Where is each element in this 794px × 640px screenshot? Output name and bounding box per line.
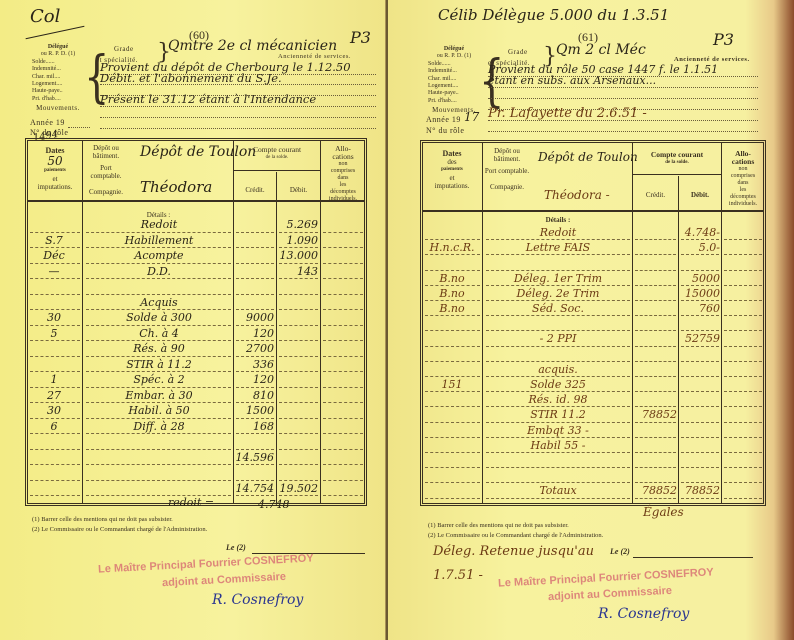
- row-debit: 5000: [679, 272, 720, 285]
- row-detail: Déleg. 1er Trim: [486, 272, 630, 285]
- row-debit: 13.000: [277, 249, 318, 262]
- row-detail: Habillement: [86, 234, 232, 247]
- row-credit: 120: [234, 373, 274, 386]
- depot-value: Dépôt de Toulon: [538, 150, 638, 164]
- annee-label: Année 19: [30, 118, 65, 127]
- debit-header: Débit.: [679, 191, 721, 199]
- grade-value: Qmtre 2e cl mécanicien: [168, 38, 337, 54]
- page-ref: P3: [350, 28, 371, 47]
- allocations-header: Allo- cations non comprises dans les déc…: [722, 150, 764, 208]
- row-credit: 336: [234, 358, 274, 371]
- top-note: Col: [30, 6, 60, 27]
- top-note: Célib Délègue 5.000 du 1.3.51: [438, 6, 669, 24]
- row-credit: 78852: [633, 408, 677, 421]
- row-debit: 1.090: [277, 234, 318, 247]
- row-debit: 15000: [679, 287, 720, 300]
- row-detail: Acquis: [86, 296, 232, 309]
- row-debit: 5.0-: [679, 241, 720, 254]
- le-label: Le (2): [226, 543, 246, 552]
- row-debit: 5.269: [277, 218, 318, 231]
- row-detail: Lettre FAIS: [486, 241, 630, 254]
- underline: [26, 26, 85, 39]
- annee-value: 17: [464, 110, 479, 124]
- footnote-2: (2) Le Commissaire ou le Commandant char…: [32, 526, 207, 533]
- row-detail: Spéc. à 2: [86, 373, 232, 386]
- le-label: Le (2): [610, 547, 630, 556]
- stamp-line-1: Le Maître Principal Fourrier COSNEFROY: [498, 566, 714, 589]
- sidebar-labels: Délégué ou R. P. D. (1) Solde...... Inde…: [428, 46, 480, 115]
- row-detail: STIR à 11.2: [86, 358, 232, 371]
- stamp-line-2: adjoint au Commissaire: [548, 585, 673, 603]
- dates-header: Dates des paiements et imputations.: [423, 150, 481, 190]
- row-date: S.7: [28, 234, 80, 247]
- right-page: Célib Délègue 5.000 du 1.3.51 (61) P3 Dé…: [388, 0, 794, 640]
- row-detail: Diff. à 28: [86, 420, 232, 433]
- page-ref: P3: [713, 30, 734, 49]
- grade-value: Qm 2 cl Méc: [556, 42, 646, 58]
- mouvement-line-2: étant en subs. aux Arsenaux...: [488, 74, 656, 87]
- row-detail: Redoit: [486, 226, 630, 239]
- row-detail: Acompte: [86, 249, 232, 262]
- compagnie-value: Théodora -: [544, 188, 610, 202]
- row-detail: - 2 PPI: [486, 332, 630, 345]
- credit-header: Crédit.: [633, 191, 678, 199]
- credit-header: Crédit.: [234, 186, 276, 194]
- row-credit: 14.596: [234, 451, 274, 464]
- debit-header: Débit.: [277, 186, 320, 194]
- footnote-1: (1) Barrer celle des mentions qui ne doi…: [428, 522, 569, 529]
- row-detail: acquis.: [486, 363, 630, 376]
- grade-label: Grade: [114, 45, 134, 53]
- stamp-line-2: adjoint au Commissaire: [162, 571, 287, 589]
- numero-label: N° du rôle: [426, 126, 464, 135]
- row-detail: Embar. à 30: [86, 389, 232, 402]
- row-debit: 19.502: [277, 482, 318, 495]
- bottom-note-line-2: 1.7.51 -: [433, 568, 483, 583]
- footnote-2: (2) Le Commissaire ou le Commandant char…: [428, 532, 603, 539]
- mouvement-line-3: Pr. Lafayette du 2.6.51 -: [488, 106, 647, 121]
- row-detail: Habil 55 -: [486, 439, 630, 452]
- row-date: Déc: [28, 249, 80, 262]
- row-credit: 14.754: [234, 482, 274, 495]
- row-detail: Séd. Soc.: [486, 302, 630, 315]
- row-date: —: [28, 265, 80, 278]
- row-credit: 810: [234, 389, 274, 402]
- row-date: 1: [28, 373, 80, 386]
- redoit-value: 4.748: [258, 498, 290, 511]
- row-debit: 143: [277, 265, 318, 278]
- anciennete-label: Ancienneté de services.: [674, 56, 750, 63]
- row-debit: 78852: [679, 484, 720, 497]
- row-date: B.no: [423, 287, 481, 300]
- row-detail: Embqt 33 -: [486, 424, 630, 437]
- redoit-label: redoit =: [168, 496, 214, 509]
- row-detail: Redoit: [86, 218, 232, 231]
- row-credit: 1500: [234, 404, 274, 417]
- row-credit: 2700: [234, 342, 274, 355]
- allocations-header: Allo- cations non comprises dans les déc…: [321, 145, 365, 203]
- signature: R. Cosnefroy: [598, 606, 689, 622]
- signature: R. Cosnefroy: [212, 592, 303, 608]
- row-credit: 120: [234, 327, 274, 340]
- compagnie-value: Théodora: [140, 178, 212, 196]
- row-detail: Ch. à 4: [86, 327, 232, 340]
- row-debit: 52759: [679, 332, 720, 345]
- bottom-note-line-1: Déleg. Retenue jusqu'au: [433, 544, 594, 559]
- dates-header: Dates 50 paiements et imputations.: [28, 147, 82, 191]
- row-date: B.no: [423, 302, 481, 315]
- row-detail: Totaux: [486, 484, 630, 497]
- anciennete-label: Ancienneté de services.: [278, 53, 351, 60]
- row-date: 6: [28, 420, 80, 433]
- row-credit: 9000: [234, 311, 274, 324]
- row-detail: D.D.: [86, 265, 232, 278]
- annee-label: Année 19: [426, 115, 461, 124]
- row-date: 151: [423, 378, 481, 391]
- compte-courant-label: Compte courant: [234, 146, 320, 154]
- depot-labels: Dépôt ou bâtiment. Port comptable. Compa…: [484, 147, 530, 191]
- details-label: Détails :: [484, 216, 632, 224]
- row-date: 27: [28, 389, 80, 402]
- balance-note: Égales: [643, 505, 684, 519]
- row-date: 30: [28, 404, 80, 417]
- row-detail: Solde à 300: [86, 311, 232, 324]
- mouvement-line-3: Présent le 31.12 étant à l'Intendance: [100, 92, 316, 106]
- row-detail: Solde 325: [486, 378, 630, 391]
- footnote-1: (1) Barrer celle des mentions qui ne doi…: [32, 516, 173, 523]
- row-detail: Déleg. 2e Trim: [486, 287, 630, 300]
- grade-label: Grade: [508, 48, 528, 56]
- row-credit: 168: [234, 420, 274, 433]
- sidebar-labels: Délégué ou R. P. D. (1) Solde...... Inde…: [32, 44, 84, 113]
- row-detail: Rés. à 90: [86, 342, 232, 355]
- compte-courant-label: Compte courant: [633, 151, 721, 159]
- row-detail: STIR 11.2: [486, 408, 630, 421]
- row-debit: 760: [679, 302, 720, 315]
- left-page: Col (60) P3 Délégué ou R. P. D. (1) Sold…: [0, 0, 386, 640]
- row-detail: Rés. id. 98: [486, 393, 630, 406]
- mouvement-line-2: Débit. et l'abonnement du S.Je.: [100, 71, 282, 85]
- row-date: 30: [28, 311, 80, 324]
- row-date: 5: [28, 327, 80, 340]
- depot-labels: Dépôt ou bâtiment. Port comptable. Compa…: [84, 144, 128, 196]
- row-date: H.n.c.R.: [423, 241, 481, 254]
- row-debit: 4.748-: [679, 226, 720, 239]
- row-credit: 78852: [633, 484, 677, 497]
- row-detail: Habil. à 50: [86, 404, 232, 417]
- row-date: B.no: [423, 272, 481, 285]
